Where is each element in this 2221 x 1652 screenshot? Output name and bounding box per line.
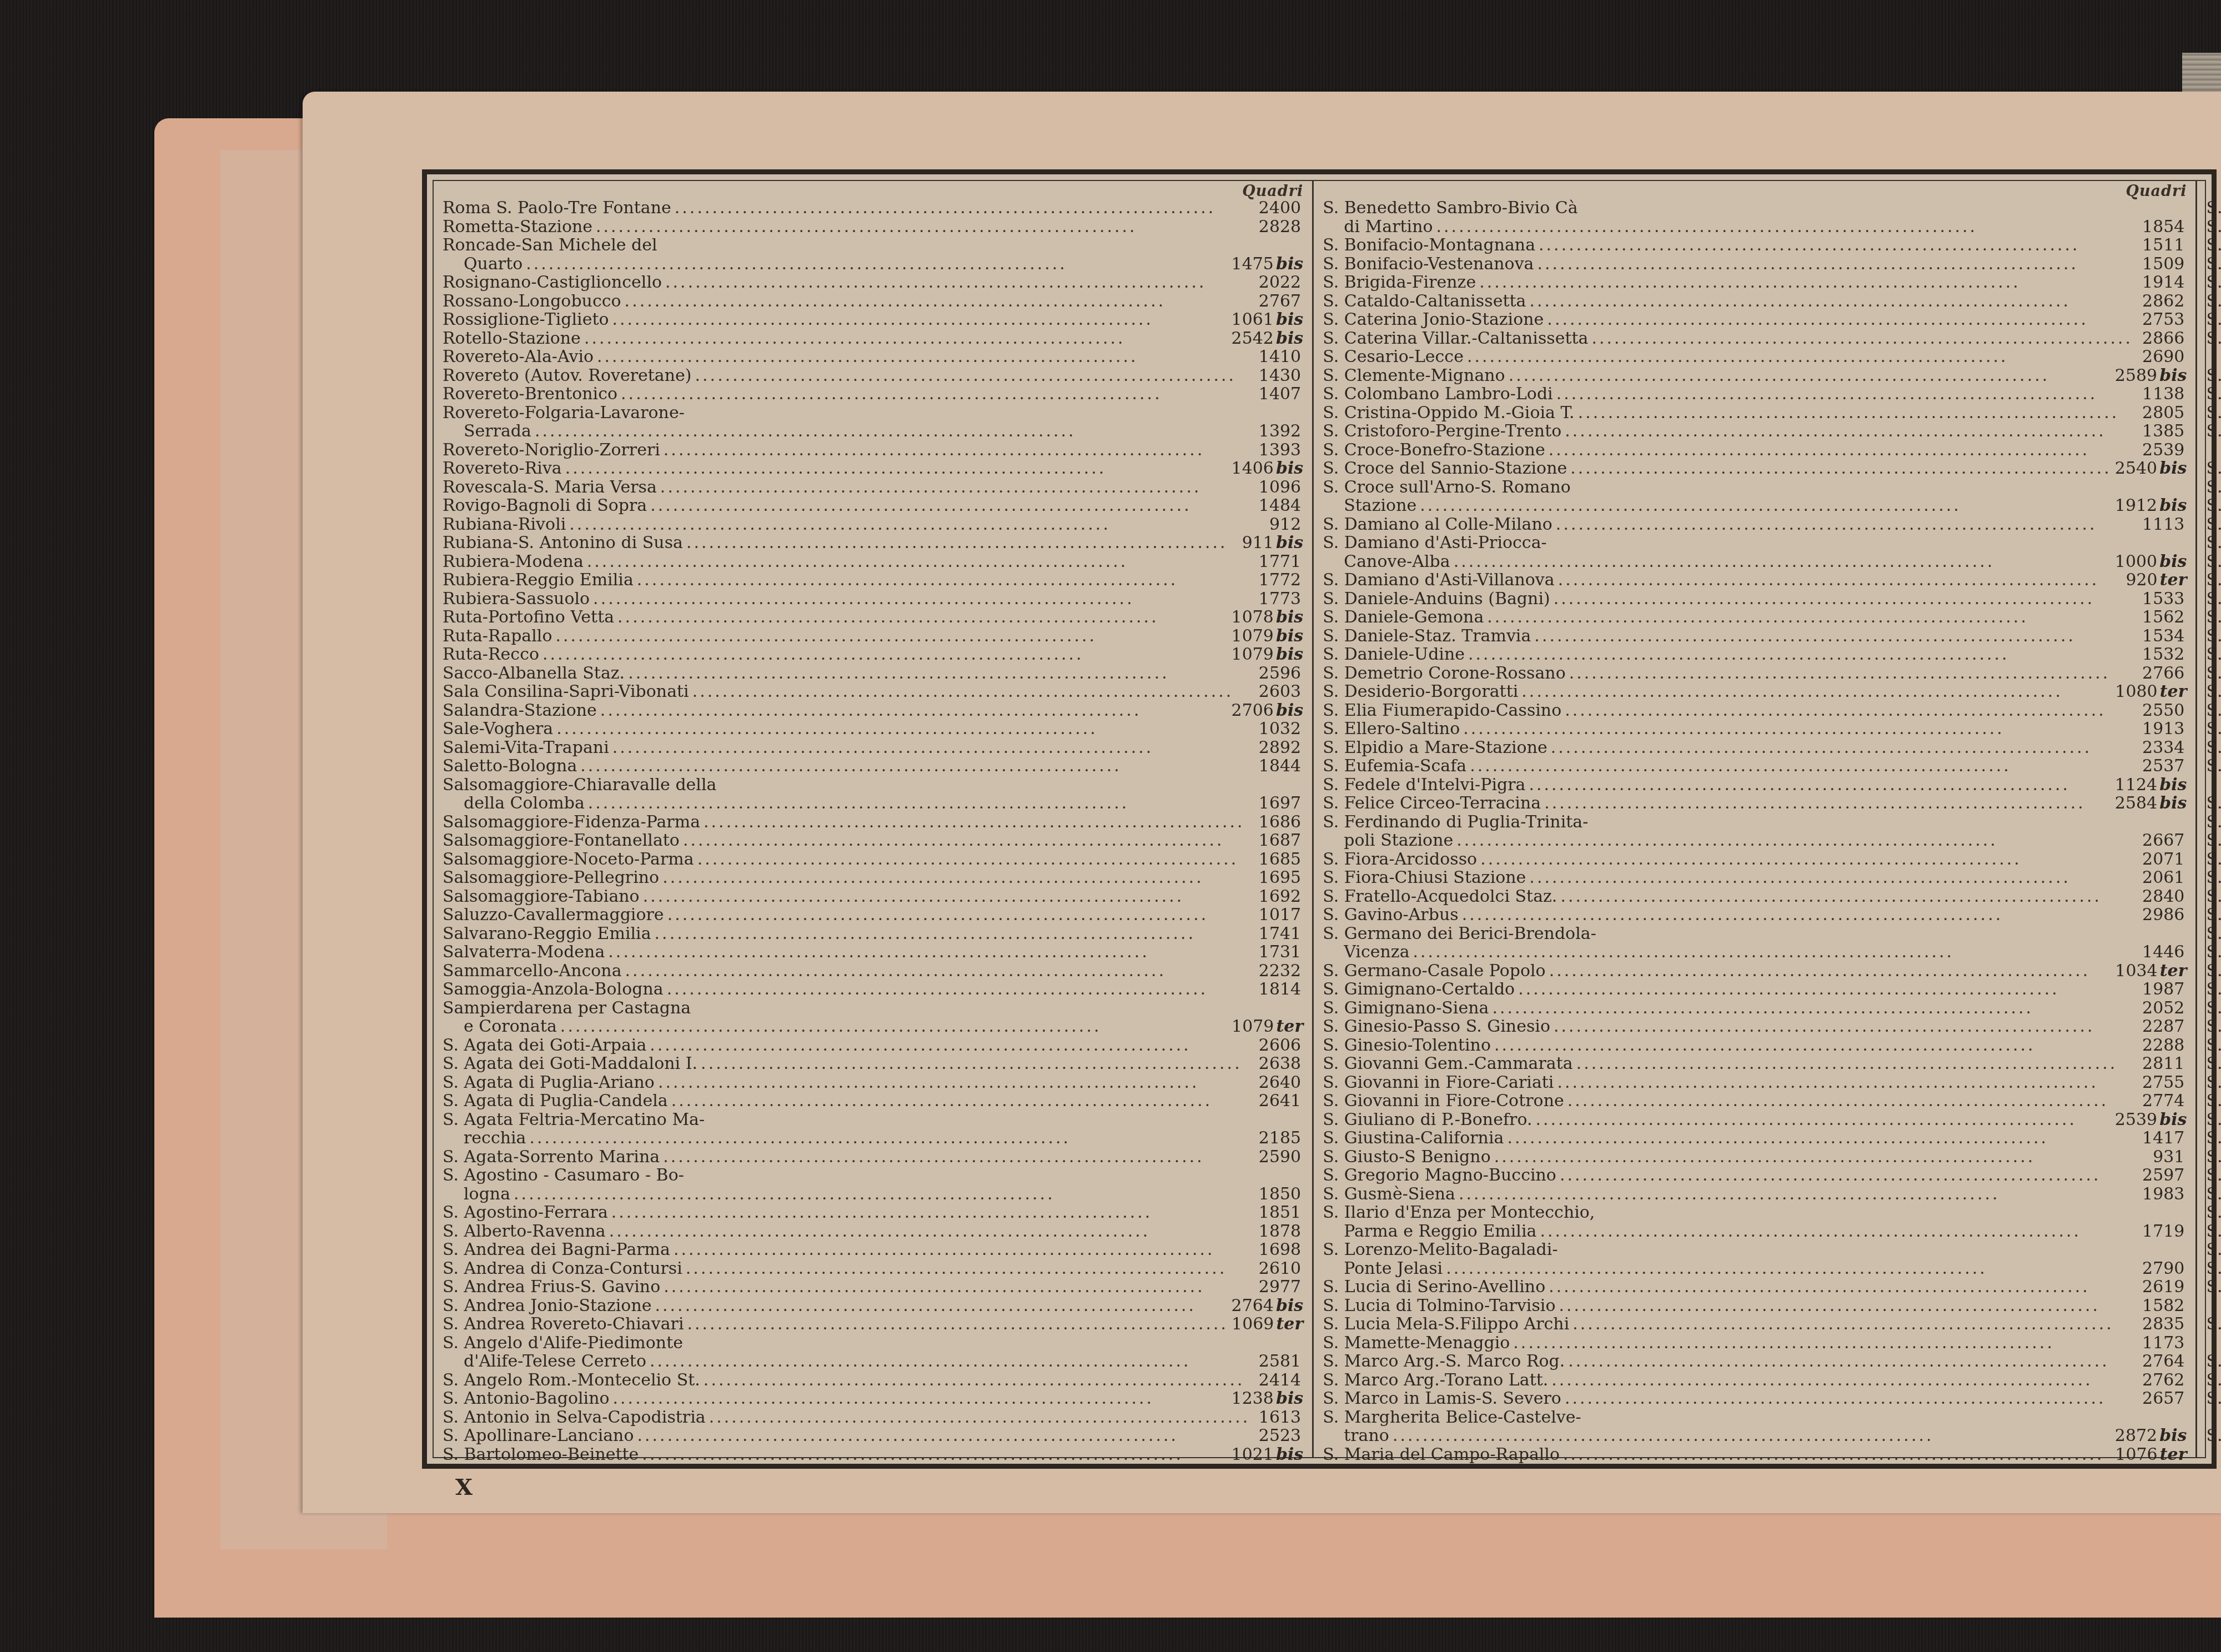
index-entry: S. Fedele d'Intelvi-Pigra1124bis <box>1323 776 2187 795</box>
index-entry: S. Clemente-Mignano2589bis <box>1323 366 2187 385</box>
leader-dots <box>1548 1371 2142 1390</box>
index-entry: Ruta-Portofino Vetta1078bis <box>443 608 1303 627</box>
index-entry: S. Nazzaro-Pavia1096bis <box>2206 553 2221 571</box>
leader-dots <box>590 590 1259 609</box>
leader-dots <box>584 553 1259 571</box>
entry-quadri-number: 2619 <box>2142 1278 2187 1297</box>
index-entry: S. Roberto-Villa S. Giovanni.2797 <box>2206 925 2221 943</box>
leader-dots <box>646 1352 1259 1371</box>
index-entry: S. Angelo d'Alife-Piedimonted'Alife-Tele… <box>443 1334 1303 1371</box>
index-entry: Rossano-Longobucco2767 <box>443 292 1303 311</box>
leader-dots <box>1505 366 2115 385</box>
index-entry: S. Margherita Belice-Castelve-trano2872b… <box>1323 1408 2187 1445</box>
index-entry: S. Alberto-Ravenna1878 <box>443 1222 1303 1241</box>
entry-name-continued: di Martino <box>1344 218 1433 237</box>
entry-name: S. Agata dei Goti-Arpaia <box>443 1036 646 1055</box>
entry-name: Sammarcello-Ancona <box>443 962 622 981</box>
index-entry: S. Ilario d'Enza per Montecchio,Parma e … <box>1323 1203 2187 1241</box>
entry-name: Rovereto-Brentonico <box>443 385 617 404</box>
leader-dots <box>700 813 1259 832</box>
entry-name: S. Mauro Castelverde Pollina. <box>2206 496 2221 515</box>
page-number: X <box>455 1474 473 1500</box>
leader-dots <box>1534 255 2143 274</box>
leader-dots <box>694 850 1259 869</box>
index-entry: S. Croce-Bonefro-Stazione2539 <box>1323 441 2187 460</box>
entry-name: S. Sofia-Meldola-Forlì <box>2206 1055 2221 1073</box>
index-entry: Rovereto-Folgaria-Lavarone-Serrada1392 <box>443 404 1303 441</box>
entry-name: S. Prospero-Mirandola <box>2206 850 2221 869</box>
entry-quadri-number: 2657 <box>2142 1389 2187 1408</box>
entry-name: S. Alberto-Ravenna <box>443 1222 606 1241</box>
index-entry: S. Pier Niceto-S. Lucia Staz2836 <box>2206 701 2221 720</box>
index-entry: Sammarcello-Ancona2232 <box>443 962 1303 981</box>
entry-suffix: bis <box>1276 1296 1303 1315</box>
leader-dots <box>1552 515 2142 534</box>
entry-quadri-number: 1417 <box>2142 1129 2187 1148</box>
index-entry: Sampierdarena per Castagnae Coronata1079… <box>443 999 1303 1036</box>
index-entry: S. Pietro Capofiume-Ferrara1798 <box>2206 739 2221 757</box>
entry-suffix: ter <box>2160 1445 2187 1464</box>
entry-suffix: bis <box>2159 775 2187 795</box>
entry-quadri-number: 1406bis <box>1232 459 1304 478</box>
leader-dots <box>1489 999 2142 1018</box>
leader-dots <box>1561 422 2142 441</box>
entry-quadri-number: 2835 <box>2142 1315 2187 1334</box>
entry-name: S. Martino-Serravalle di Chienti- <box>2206 422 2221 441</box>
leader-dots <box>1554 1073 2142 1092</box>
index-entry: S. Marco in Lamis-S. Severo2657 <box>1323 1389 2187 1408</box>
entry-quadri-number: 1034ter <box>2115 962 2187 981</box>
entry-quadri-number: 2706bis <box>1232 701 1304 720</box>
entry-name: S. Valpurga-Lana di Sopra <box>2206 1241 2221 1259</box>
index-entry: Rubiera-Sassuolo1773 <box>443 590 1303 609</box>
index-entry: S. Germano dei Berici-Brendola-Vicenza14… <box>1323 925 2187 962</box>
leader-dots <box>640 887 1259 906</box>
entry-quadri-number: 2764bis <box>1232 1297 1304 1315</box>
entry-name: S. Damiano d'Asti-Priocca- <box>1323 534 1546 553</box>
leader-dots <box>1453 831 2142 850</box>
entry-quadri-number: 1772 <box>1259 571 1303 590</box>
index-entry: S. Daniele-Udine1532 <box>1323 645 2187 664</box>
index-entry: Salandra-Stazione2706bis <box>443 701 1303 720</box>
index-entry: S. Valpurga-Lana di Sopra1375 <box>2206 1241 2221 1259</box>
index-entry: S. Fiora-Chiusi Stazione2061 <box>1323 868 2187 887</box>
entry-name-continued: Vicenza <box>1344 943 1409 962</box>
entry-quadri-number: 1076ter <box>2115 1445 2187 1464</box>
leader-dots <box>1518 682 2115 701</box>
entry-quadri-number: 1695 <box>1259 868 1303 887</box>
entry-quadri-number: 1773 <box>1259 590 1303 609</box>
entry-name: S. Stefano Aspr.-Reggio Cal. <box>2206 1092 2221 1111</box>
entry-quadri-number: 2862 <box>2142 292 2187 311</box>
leader-dots <box>662 273 1259 292</box>
index-entry: S. Angelo Rom.-Montecelio St.2414 <box>443 1371 1303 1390</box>
entry-quadri-number: 2892 <box>1259 739 1303 757</box>
leader-dots <box>605 943 1259 962</box>
entry-quadri-number: 2540bis <box>2115 459 2187 478</box>
index-entry: S. Restituta-Montecastrilli2104 <box>2206 906 2221 925</box>
index-entry: S. Agata di Puglia-Candela2641 <box>443 1092 1303 1111</box>
entry-name-continued: e Coronata <box>464 1017 557 1036</box>
index-entry: S. Vincent-Chatillon-Valtour-nanche948 <box>2206 1389 2221 1427</box>
index-entry: S. Bonifacio-Montagnana1511 <box>1323 236 2187 255</box>
entry-quadri-number: 1613 <box>1259 1408 1303 1427</box>
entry-quadri-number: 1914 <box>2142 273 2187 292</box>
entry-name: Sacco-Albanella Staz. <box>443 664 625 683</box>
entry-name: S. Damiano d'Asti-Villanova <box>1323 571 1554 590</box>
leader-dots <box>1459 906 2142 925</box>
index-entry: S. Maria Versa-Castel S. Gio.1093 <box>2206 255 2221 274</box>
index-entry: S. Andrea di Conza-Contursi2610 <box>443 1259 1303 1278</box>
leader-dots <box>585 794 1259 813</box>
entry-name: S.Vincent-Aosta-Piccolo S. Ber- <box>2206 1315 2221 1334</box>
index-entry: S. Pancrazio-S.Pietro Vernotico2679 <box>2206 682 2221 701</box>
column-header-quadri: Quadri <box>443 184 1303 199</box>
entry-quadri-number: 1407 <box>1259 385 1303 404</box>
entry-name: S. Martino in Spino-Mirandola <box>2206 404 2221 423</box>
index-entry: S. Stefano Cadore-Padola1451 <box>2206 1148 2221 1167</box>
entry-quadri-number: 2537 <box>2142 757 2187 776</box>
leader-dots <box>1531 627 2142 646</box>
entry-name: Salvarano-Reggio Emilia <box>443 925 651 943</box>
entry-name: Sampierdarena per Castagna <box>443 999 691 1018</box>
leader-dots <box>1416 496 2115 515</box>
leader-dots <box>621 292 1259 311</box>
entry-name: S. Nazzaro-Pavia <box>2206 553 2221 571</box>
index-entry: Salvaterra-Modena1731 <box>443 943 1303 962</box>
index-entry: S. Daniele-Anduins (Bagni)1533 <box>1323 590 2187 609</box>
index-entry: S. Vincent-Aosta-Gran S. Ber-nardo948 <box>2206 1278 2221 1315</box>
entry-quadri-number: 1124bis <box>2115 776 2187 795</box>
entry-suffix: bis <box>1276 1445 1303 1464</box>
leader-dots <box>606 1222 1259 1241</box>
entry-name: Rotello-Stazione <box>443 329 581 348</box>
entry-name: Rubiera-Reggio Emilia <box>443 571 634 590</box>
leader-dots <box>1556 1166 2142 1185</box>
entry-name: S. Vincent-Champoluc <box>2206 1371 2221 1390</box>
entry-quadri-number: 1987 <box>2142 980 2187 999</box>
entry-suffix: bis <box>1276 701 1303 720</box>
leader-dots <box>526 1129 1259 1148</box>
entry-quadri-number: 1392 <box>1259 422 1303 441</box>
leader-dots <box>581 329 1232 348</box>
leader-dots <box>1450 553 2115 571</box>
entry-quadri-number: 1850 <box>1259 1185 1303 1204</box>
index-column-1: Quadri Roma S. Paolo-Tre Fontane2400Rome… <box>434 181 1314 1457</box>
index-entry: S. Agostino-Ferrara1851 <box>443 1203 1303 1222</box>
index-entry: S. Possidonio-Mirandola1817 <box>2206 813 2221 832</box>
leader-dots <box>625 664 1259 683</box>
entry-quadri-number: 1509 <box>2142 255 2187 274</box>
leader-dots <box>639 1445 1231 1464</box>
index-entry: S. Ginesio-Passo S. Ginesio2287 <box>1323 1017 2187 1036</box>
index-entry: S. Andrea Jonio-Stazione2764bis <box>443 1297 1303 1315</box>
entry-suffix: bis <box>2159 366 2187 385</box>
entry-quadri-number: 2872bis <box>2115 1427 2187 1445</box>
entry-list: S. Maria del Giudice-Lucca2010S. Maria d… <box>2206 199 2221 1464</box>
leader-dots <box>1476 273 2142 292</box>
entry-quadri-number: 2589bis <box>2115 366 2187 385</box>
entry-quadri-number: 1446 <box>2142 943 2187 962</box>
entry-name: S. Ninfa-Salemi Stazione <box>2206 627 2221 646</box>
leader-dots <box>614 608 1232 627</box>
index-entry: S. Nicola-Ardore Staz.2794bis <box>2206 571 2221 590</box>
entry-suffix: bis <box>1276 459 1303 478</box>
index-entry: S. Teresa Gallura Palau2949 <box>2206 1222 2221 1241</box>
entry-name: Rovescala-S. Maria Versa <box>443 478 657 497</box>
entry-quadri-number: 2022 <box>1259 273 1303 292</box>
entry-name: S. Colombano Lambro-Lodi <box>1323 385 1552 404</box>
entry-name: S. Elpidio a Mare-Stazione <box>1323 739 1547 757</box>
entry-name: S. Agostino-Ferrara <box>443 1203 608 1222</box>
entry-quadri-number: 2590 <box>1259 1148 1303 1167</box>
entry-quadri-number: 2805 <box>2142 404 2187 423</box>
index-entry: S. Agata dei Goti-Arpaia2606 <box>443 1036 1303 1055</box>
entry-name: S. Michele-Pamparato e Viola <box>2206 515 2221 534</box>
entry-name: S. Olcese-Bolzaneto <box>2206 645 2221 664</box>
leader-dots <box>531 422 1259 441</box>
entry-name: S. Teresa Gallura Palau <box>2206 1222 2221 1241</box>
entry-quadri-number: 2986 <box>2142 906 2187 925</box>
entry-quadri-number: 2287 <box>2142 1017 2187 1036</box>
entry-name: S. Desiderio-Borgoratti <box>1323 682 1518 701</box>
index-entry: S. Mamette-Menaggio1173 <box>1323 1334 2187 1353</box>
entry-quadri-number: 1410 <box>1259 348 1303 366</box>
index-entry: S. Maria del Campo-Rapallo1076ter <box>1323 1445 2187 1464</box>
entry-quadri-number: 1698 <box>1259 1241 1303 1259</box>
entry-name: S. Gusmè-Siena <box>1323 1185 1455 1204</box>
index-entry: S. Maurizio-Front-Barbania935 <box>2206 478 2221 497</box>
index-entry: S. Germano-Casale Popolo1034ter <box>1323 962 2187 981</box>
entry-name: S. Fiora-Arcidosso <box>1323 850 1477 869</box>
leader-dots <box>1541 794 2115 813</box>
entry-name: Salvaterra-Modena <box>443 943 605 962</box>
index-entry: Samoggia-Anzola-Bologna1814 <box>443 980 1303 999</box>
index-entry: S. Prospero-Mirandola1746 <box>2206 850 2221 869</box>
index-entry: S. Remo-Baiardo1051ter <box>2206 868 2221 887</box>
index-entry: S. Gimignano-Certaldo1987 <box>1323 980 2187 999</box>
entry-name: S. Germano-Casale Popolo <box>1323 962 1545 981</box>
entry-name: S. Andrea Jonio-Stazione <box>443 1297 652 1315</box>
index-entry: S. Ginesio-Tolentino2288 <box>1323 1036 2187 1055</box>
entry-name: S. Maurizio-Forno Rivara <box>2206 459 2221 478</box>
entry-name: S. Angelo Rom.-Montecelio St. <box>443 1371 700 1390</box>
entry-quadri-number: 1534 <box>2142 627 2187 646</box>
index-entry: S. Marco Arg.-S. Marco Rog.2764 <box>1323 1352 2187 1371</box>
entry-name: Ruta-Rapallo <box>443 627 552 646</box>
leader-dots <box>1556 1297 2143 1315</box>
entry-name: S. Gavino-Arbus <box>1323 906 1458 925</box>
index-entry: S. Elpidio a Mare-Stazione2334 <box>1323 739 2187 757</box>
index-entry: Ruta-Rapallo1079bis <box>443 627 1303 646</box>
index-entry: S. Miniato-Stazione1912 <box>2206 534 2221 553</box>
index-entry: S. Severino-Macerata2271 <box>2206 1036 2221 1055</box>
entry-quadri-number: 1511 <box>2142 236 2187 255</box>
leader-dots <box>1535 236 2142 255</box>
leader-dots <box>1547 739 2142 757</box>
index-entry: Salemi-Vita-Trapani2892 <box>443 739 1303 757</box>
entry-quadri-number: 1079bis <box>1232 645 1304 664</box>
index-entry: S. Lorenzo-Melito-Bagaladi-Ponte Jelasi2… <box>1323 1241 2187 1278</box>
leader-dots <box>1433 218 2143 237</box>
entry-name-continued: della Colomba <box>464 794 585 813</box>
entry-quadri-number: 2641 <box>1259 1092 1303 1111</box>
entry-name: S. Marco Arg.-Torano Latt. <box>1323 1371 1548 1390</box>
entry-quadri-number: 1913 <box>2142 720 2187 739</box>
entry-quadri-number: 2414 <box>1259 1371 1303 1390</box>
entry-quadri-number: 1475bis <box>1232 255 1304 274</box>
entry-quadri-number: 1697 <box>1259 794 1303 813</box>
leader-dots <box>706 1408 1259 1427</box>
index-entry: Rovereto-Brentonico1407 <box>443 385 1303 404</box>
index-entry: S. Antonio-Bagolino1238bis <box>443 1389 1303 1408</box>
entry-quadri-number: 2753 <box>2142 310 2187 329</box>
index-table-frame: Quadri Roma S. Paolo-Tre Fontane2400Rome… <box>422 169 2217 1469</box>
entry-name: S. Pancrazio-S.Pietro Vernotico <box>2206 682 2221 701</box>
entry-name: S. Miniato-Stazione <box>2206 534 2221 553</box>
leader-dots <box>680 831 1259 850</box>
entry-name: Rovereto-Folgaria-Lavarone- <box>443 404 685 423</box>
entry-name: S. Maurizio-Front-Barbania <box>2206 478 2221 497</box>
entry-suffix: bis <box>2159 1110 2187 1129</box>
entry-quadri-number: 1430 <box>1259 366 1303 385</box>
entry-name-continued: Parma e Reggio Emilia <box>1344 1222 1536 1241</box>
entry-suffix: bis <box>1276 254 1303 274</box>
entry-quadri-number: 1393 <box>1259 441 1303 460</box>
entry-name: S. Stino di Livenza-Caorle <box>2206 1203 2221 1222</box>
index-entry: Ruta-Recco1079bis <box>443 645 1303 664</box>
entry-name: S. Possidonio-Mirandola <box>2206 813 2221 832</box>
entry-quadri-number: 1080ter <box>2115 682 2187 701</box>
entry-quadri-number: 1731 <box>1259 943 1303 962</box>
column-header-quadri: Quadri <box>2206 184 2221 199</box>
entry-name: Rosignano-Castiglioncello <box>443 273 662 292</box>
leader-dots <box>664 906 1259 925</box>
entry-name: S. Gregorio Magno-Buccino <box>1323 1166 1556 1185</box>
leader-dots <box>668 1092 1259 1111</box>
entry-quadri-number: 2811 <box>2142 1055 2187 1073</box>
entry-name: S. Daniele-Gemona <box>1323 608 1484 627</box>
index-entry: S. Bonifacio-Vestenanova1509 <box>1323 255 2187 274</box>
entry-quadri-number: 1113 <box>2142 515 2187 534</box>
leader-dots <box>1553 385 2142 404</box>
entry-name: Roncade-San Michele del <box>443 236 657 255</box>
entry-name: S. Lucia di Tolmino-Tarvisio <box>1323 1297 1555 1315</box>
entry-name: Roma S. Paolo-Tre Fontane <box>443 199 671 218</box>
index-entry: S. Oreste-Stazione2365 <box>2206 664 2221 683</box>
entry-name: S. Demetrio Corone-Rossano <box>1323 664 1566 683</box>
leader-dots <box>609 739 1259 757</box>
entry-name: S. Lucia di Serino-Avellino <box>1323 1278 1545 1297</box>
index-entry: S. Caterina Jonio-Stazione2753 <box>1323 310 2187 329</box>
entry-name: S. Remo-Baiardo <box>2206 868 2221 887</box>
leader-dots <box>562 459 1232 478</box>
entry-name: S. Martino in Rio-Reggio E <box>2206 366 2221 385</box>
index-entry: S. Giuliano di P.-Bonefro.2539bis <box>1323 1111 2187 1129</box>
entry-name-continued: poli Stazione <box>1344 831 1453 850</box>
index-entry: S. Cristina-Oppido M.-Gioia T.2805 <box>1323 404 2187 423</box>
entry-name: S. Bonifacio-Vestenanova <box>1323 255 1534 274</box>
leader-dots <box>664 980 1259 999</box>
index-entry: S. Cristoforo-Pergine-Trento1385 <box>1323 422 2187 441</box>
entry-quadri-number: 1021bis <box>1232 1445 1304 1464</box>
leader-dots <box>1555 571 2126 590</box>
entry-name-continued: Serrada <box>464 422 531 441</box>
entry-name: Salsomaggiore-Fontanellato <box>443 831 680 850</box>
entry-quadri-number: 1983 <box>2142 1185 2187 1204</box>
index-entry: S. Martino-Serravalle di Chienti-Camerin… <box>2206 422 2221 459</box>
entry-name: S. Margherita Belice-Castelve- <box>1323 1408 1581 1427</box>
entry-name: Samoggia-Anzola-Bologna <box>443 980 664 999</box>
entry-quadri-number: 1385 <box>2142 422 2187 441</box>
entry-name: S. Stefano Belbo-Canelli <box>2206 1111 2221 1129</box>
entry-name: S. Fiora-Chiusi Stazione <box>1323 868 1526 887</box>
index-entry: S. Marco Arg.-Torano Latt.2762 <box>1323 1371 2187 1390</box>
entry-name: S. Cataldo-Caltanissetta <box>1323 292 1526 311</box>
index-entry: S. Sofia-Meldola-Forlì1899 <box>2206 1055 2221 1073</box>
index-entry: S. Apollinare-Lanciano2523 <box>443 1427 1303 1445</box>
index-entry: S. Croce del Sannio-Stazione2540bis <box>1323 459 2187 478</box>
index-entry: S. Maria del Taro-Chiavari1071ter <box>2206 236 2221 255</box>
entry-name: S. Oreste-Stazione <box>2206 664 2221 683</box>
leader-dots <box>670 1241 1259 1259</box>
leader-dots <box>1515 980 2142 999</box>
entry-quadri-number: 1851 <box>1259 1203 1303 1222</box>
leader-dots <box>1561 1389 2142 1408</box>
index-entry: S. Antonio in Selva-Capodistria1613 <box>443 1408 1303 1427</box>
index-entry: S. Vincent-Champoluc948 <box>2206 1371 2221 1390</box>
index-entry: S. Eufemia-Scafa2537 <box>1323 757 2187 776</box>
index-entry: Rovereto-Noriglio-Zorreri1393 <box>443 441 1303 460</box>
entry-quadri-number: 1096 <box>1259 478 1303 497</box>
entry-name: S. Sebastiano al V.-S. Giorgio <box>2206 980 2221 999</box>
entry-quadri-number: 1078bis <box>1232 608 1304 627</box>
entry-quadri-number: 2185 <box>1259 1129 1303 1148</box>
index-entry: S. Desiderio-Borgoratti1080ter <box>1323 682 2187 701</box>
entry-suffix: bis <box>1276 329 1303 348</box>
index-entry: Salsomaggiore-Noceto-Parma1685 <box>443 850 1303 869</box>
index-entry: S. Giustina-California1417 <box>1323 1129 2187 1148</box>
entry-name: S. Prospero-Carpi <box>2206 831 2221 850</box>
leader-dots <box>617 385 1259 404</box>
entry-name: S. Giusto-S Benigno <box>1323 1148 1490 1167</box>
entry-quadri-number: 2232 <box>1259 962 1303 981</box>
index-entry: S. Giovanni in Fiore-Cotrone2774 <box>1323 1092 2187 1111</box>
index-column-3: Quadri S. Maria del Giudice-Lucca2010S. … <box>2197 181 2221 1457</box>
entry-name: S. Elia Fiumerapido-Cassino <box>1323 701 1561 720</box>
entry-quadri-number: 2581 <box>1259 1352 1303 1371</box>
entry-name: Salandra-Stazione <box>443 701 597 720</box>
index-entry: S. Salvatore-Mirabello-Casale1034bis <box>2206 962 2221 981</box>
entry-name: S. Pietro in Vincoli-Ravenna <box>2206 794 2221 813</box>
entry-quadri-number: 2606 <box>1259 1036 1303 1055</box>
entry-quadri-number: 1771 <box>1259 553 1303 571</box>
entry-quadri-number: 1686 <box>1259 813 1303 832</box>
entry-suffix: bis <box>1276 533 1303 553</box>
entry-name: S. Vincent-Biella-Oropa <box>2206 1352 2221 1371</box>
leader-dots <box>700 1371 1259 1390</box>
entry-quadri-number: 2667 <box>2142 831 2187 850</box>
index-entry: S. Lucia Mela-S.Filippo Archi2835 <box>1323 1315 2187 1334</box>
index-entry: Roma S. Paolo-Tre Fontane2400 <box>443 199 1303 218</box>
entry-name: Rossano-Longobucco <box>443 292 621 311</box>
index-entry: S. Martino in Rio-Reggio E1740 <box>2206 366 2221 385</box>
entry-quadri-number: 2539 <box>2142 441 2187 460</box>
entry-name: S. Andrea Frius-S. Gavino <box>443 1278 660 1297</box>
leader-dots <box>634 571 1259 590</box>
entry-name: S. Cristina-Oppido M.-Gioia T. <box>1323 404 1574 423</box>
entry-name: Rometta-Stazione <box>443 218 592 237</box>
